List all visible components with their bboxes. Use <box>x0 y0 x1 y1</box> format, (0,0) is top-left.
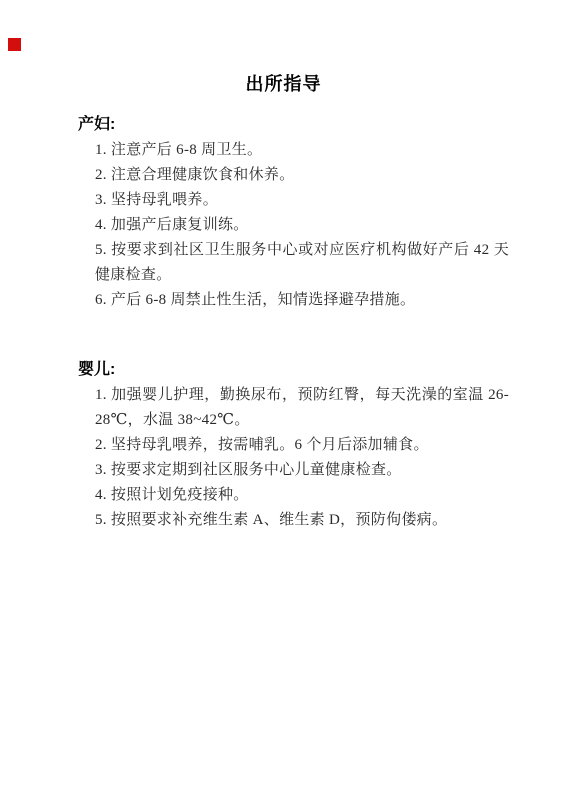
section-infants-heading: 婴儿: <box>78 359 509 381</box>
list-item: 1. 注意产后 6-8 周卫生。 <box>95 138 509 163</box>
list-item: 1. 加强婴儿护理，勤换尿布，预防红臀，每天洗澡的室温 26-28℃，水温 38… <box>95 383 509 433</box>
list-item: 4. 按照计划免疫接种。 <box>95 483 509 508</box>
section-mothers: 产妇: 1. 注意产后 6-8 周卫生。 2. 注意合理健康饮食和休养。 3. … <box>0 114 567 313</box>
list-item: 3. 坚持母乳喂养。 <box>95 188 509 213</box>
list-item: 5. 按要求到社区卫生服务中心或对应医疗机构做好产后 42 天健康检查。 <box>95 238 509 288</box>
list-item: 5. 按照要求补充维生素 A、维生素 D，预防佝偻病。 <box>95 508 509 533</box>
document-page: 出所指导 产妇: 1. 注意产后 6-8 周卫生。 2. 注意合理健康饮食和休养… <box>0 0 567 812</box>
page-title: 出所指导 <box>0 72 567 96</box>
list-item: 2. 注意合理健康饮食和休养。 <box>95 163 509 188</box>
list-item: 4. 加强产后康复训练。 <box>95 213 509 238</box>
section-infants-items: 1. 加强婴儿护理，勤换尿布，预防红臀，每天洗澡的室温 26-28℃，水温 38… <box>78 383 509 533</box>
list-item: 2. 坚持母乳喂养，按需哺乳。6 个月后添加辅食。 <box>95 433 509 458</box>
section-mothers-items: 1. 注意产后 6-8 周卫生。 2. 注意合理健康饮食和休养。 3. 坚持母乳… <box>78 138 509 313</box>
list-item: 3. 按要求定期到社区服务中心儿童健康检查。 <box>95 458 509 483</box>
section-mothers-heading: 产妇: <box>78 114 509 136</box>
red-square-marker <box>8 38 21 51</box>
list-item: 6. 产后 6-8 周禁止性生活，知情选择避孕措施。 <box>95 288 509 313</box>
section-infants: 婴儿: 1. 加强婴儿护理，勤换尿布，预防红臀，每天洗澡的室温 26-28℃，水… <box>0 359 567 533</box>
